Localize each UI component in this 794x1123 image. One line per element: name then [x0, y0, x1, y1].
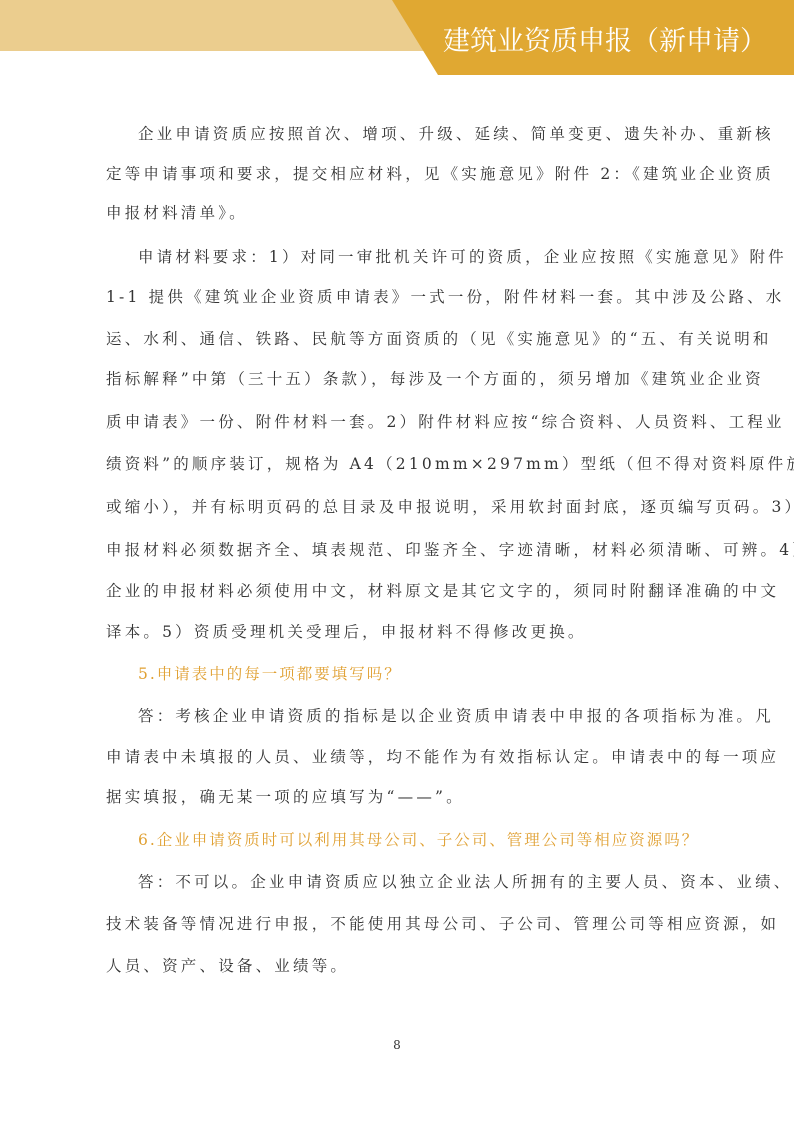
paragraph-line: 质申请表》一份、附件材料一套。2）附件材料应按“综合资料、人员资料、工程业	[106, 412, 691, 432]
paragraph-line: 人员、资产、设备、业绩等。	[106, 956, 691, 976]
paragraph-line: 运、水利、通信、铁路、民航等方面资质的（见《实施意见》的“五、有关说明和	[106, 329, 691, 349]
paragraph-line: 绩资料”的顺序装订，规格为 A4（210mm×297mm）型纸（但不得对资料原件…	[106, 454, 691, 474]
paragraph-line: 申报材料清单》。	[106, 203, 691, 223]
section-heading-5: 5.申请表中的每一项都要填写吗？	[138, 664, 723, 684]
paragraph-line: 定等申请事项和要求，提交相应材料，见《实施意见》附件 2：《建筑业企业资质	[106, 164, 691, 184]
paragraph-line: 技术装备等情况进行申报，不能使用其母公司、子公司、管理公司等相应资源，如	[106, 914, 691, 934]
paragraph-line: 申报材料必须数据齐全、填表规范、印鉴齐全、字迹清晰，材料必须清晰、可辨。4）	[106, 540, 691, 560]
page-number: 8	[0, 1038, 794, 1052]
paragraph-line: 1-1 提供《建筑业企业资质申请表》一式一份，附件材料一套。其中涉及公路、水	[106, 287, 691, 307]
paragraph-line: 企业申请资质应按照首次、增项、升级、延续、简单变更、遗失补办、重新核	[138, 124, 691, 144]
paragraph-line: 指标解释”中第（三十五）条款），每涉及一个方面的，须另增加《建筑业企业资	[106, 369, 691, 389]
paragraph-line: 译本。5）资质受理机关受理后，申报材料不得修改更换。	[106, 622, 691, 642]
paragraph-line: 企业的申报材料必须使用中文，材料原文是其它文字的，须同时附翻译准确的中文	[106, 581, 691, 601]
paragraph-line: 申请表中未填报的人员、业绩等，均不能作为有效指标认定。申请表中的每一项应	[106, 747, 691, 767]
paragraph-line: 申请材料要求：1）对同一审批机关许可的资质，企业应按照《实施意见》附件	[138, 247, 691, 267]
page-header-title: 建筑业资质申报（新申请）	[443, 24, 793, 60]
paragraph-line: 或缩小），并有标明页码的总目录及申报说明，采用软封面封底，逐页编写页码。3）	[106, 497, 691, 517]
paragraph-line: 答：考核企业申请资质的指标是以企业资质申请表中申报的各项指标为准。凡	[138, 706, 691, 726]
paragraph-line: 据实填报，确无某一项的应填写为“——”。	[106, 787, 691, 807]
section-heading-6: 6.企业申请资质时可以利用其母公司、子公司、管理公司等相应资源吗？	[138, 830, 723, 850]
paragraph-line: 答：不可以。企业申请资质应以独立企业法人所拥有的主要人员、资本、业绩、	[138, 872, 691, 892]
